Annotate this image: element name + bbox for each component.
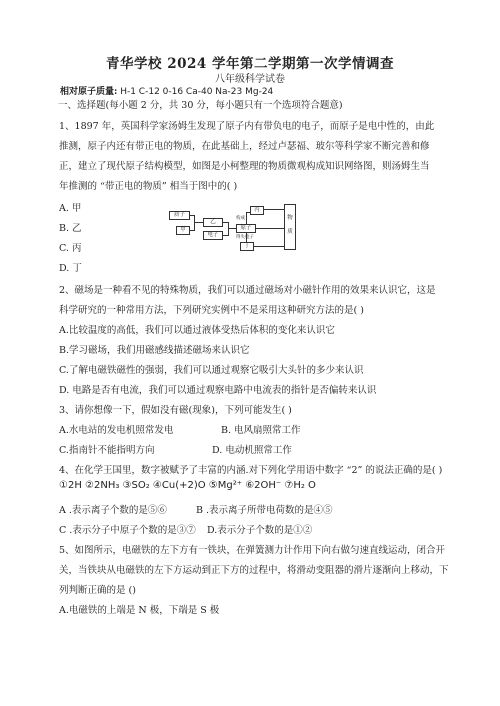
exam-title: 青华学校 2024 学年第二学期第一次学情调查 xyxy=(0,52,500,72)
question-text-line: 关，当铁块从电磁铁的左下方运动到正下方的过程中，将滑动变阻器的滑片逐渐向上移动，… xyxy=(59,562,449,576)
question-text-line: 科学研究的一种常用方法，下列研究实例中不是采用这种研究方法的是( ) xyxy=(59,302,364,316)
chemical-formulas-line: ①2H ②2NH₃ ③SO₂ ④Cu(+2)O ⑤Mg²⁺ ⑥2OH⁻ ⑦H₂ … xyxy=(59,480,316,491)
question-text-line: 1、1897 年，英国科学家汤姆生发现了原子内有带负电的电子，而原子是电中性的，… xyxy=(59,118,434,132)
option-b: B.学习磁场，我们用磁感线描述磁场来认识它 xyxy=(59,342,250,356)
option-c: C.指南针不能指明方向 xyxy=(59,442,154,456)
question-text-line: 年推测的 “带正电的物质” 相当于图中的( ) xyxy=(59,178,237,192)
question-text-line: 推测，原子内还有带正电的物质，在此基础上，经过卢瑟福、玻尔等科学家不断完善和修 xyxy=(59,138,430,152)
option-a: A.比较温度的高低，我们可以通过液体受热后体积的变化来认识它 xyxy=(59,322,335,336)
section-title: 一、选择题(每小题 2 分，共 30 分，每小题只有一个选项符合题意) xyxy=(58,97,343,111)
label-constitute: 构成 xyxy=(236,215,245,221)
option-d: D. 丁 xyxy=(59,260,82,274)
box-proton: 质子 xyxy=(169,211,190,220)
option-d: D. 电动机照常工作 xyxy=(212,442,292,456)
option-a: A .表示离子个数的是⑤⑥ xyxy=(59,502,167,516)
exam-subtitle: 八年级科学试卷 xyxy=(0,70,500,85)
question-text-line: 正，建立了现代原子结构模型，如图是小柯整理的物质微观构成知识网络图，则汤姆生当 xyxy=(59,158,430,172)
question-text-line: 列判断正确的是 () xyxy=(59,582,136,596)
box-ding: 丁 xyxy=(240,242,254,251)
question-text-line: 2、磁场是一种看不见的特殊物质，我们可以通过磁场对小磁针作用的效果来认识它，这是 xyxy=(59,282,436,296)
atomic-mass-values: H-1 C-12 0-16 Ca-40 Na-23 Mg-24 xyxy=(120,87,273,97)
option-c: C .表示分子中原子个数的是③⑦ xyxy=(59,522,196,536)
option-c: C.了解电磁铁磁性的强弱，我们可以通过观察它吸引大头针的多少来认识 xyxy=(59,362,363,376)
option-b: B. 乙 xyxy=(59,220,82,234)
question-text-line: 3、请你想像一下，假如没有磁(现象)，下列可能发生( ) xyxy=(59,402,292,416)
box-bing: 丙 xyxy=(250,206,264,215)
box-yi: 乙 xyxy=(203,218,223,227)
option-d: D. 电路是否有电流，我们可以通过观察电路中电流表的指针是否偏转来认识 xyxy=(59,382,376,396)
option-a: A.电磁铁的上端是 N 极，下端是 S 极 xyxy=(59,602,219,616)
option-a: A.水电站的发电机照常发电 xyxy=(59,422,173,436)
box-jia: 甲 xyxy=(176,226,190,235)
atomic-mass-label: 相对原子质量: xyxy=(60,87,117,97)
question-text-line: 5、如图所示，电磁铁的左下方有一铁块，在弹簧测力计作用下向右做匀速直线运动，闭合… xyxy=(59,542,445,556)
option-b: B .表示离子所带电荷数的是④⑤ xyxy=(196,502,333,516)
atomic-mass-line: 相对原子质量: H-1 C-12 0-16 Ca-40 Na-23 Mg-24 xyxy=(60,84,273,97)
option-a: A. 甲 xyxy=(59,200,81,214)
box-matter: 物质 xyxy=(284,204,296,250)
question-text-line: 4、在化学王国里，数字被赋予了丰富的内涵.对下列化学用语中数字 “2” 的说法正… xyxy=(59,462,442,476)
option-b: B. 电风扇照常工作 xyxy=(221,422,301,436)
option-d: D.表示分子个数的是①② xyxy=(207,522,312,536)
label-gain-lose-electrons: 得失电子 xyxy=(236,234,254,240)
matter-structure-diagram: 质子 甲 乙 电子 丙 构成 原子 得失电子 丁 物质 xyxy=(168,206,308,260)
option-c: C. 丙 xyxy=(59,240,81,254)
box-electron: 电子 xyxy=(203,231,223,240)
